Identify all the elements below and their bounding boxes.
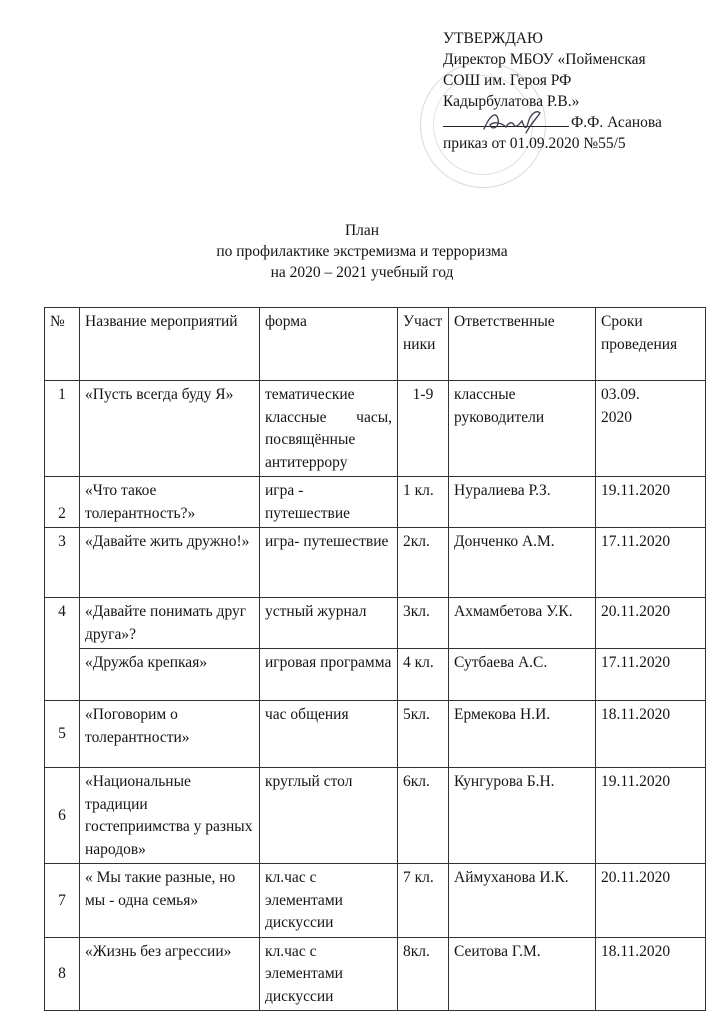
- header-num: №: [45, 308, 80, 381]
- row-participants: 8кл.: [398, 937, 449, 1011]
- title-subject: по профилактике экстремизма и терроризма: [0, 241, 724, 262]
- row-dates: 20.11.2020: [596, 864, 706, 938]
- table-row: 5 «Поговорим о толерантности» час общени…: [45, 701, 706, 768]
- row-responsible: Аймуханова И.К.: [449, 864, 596, 938]
- row-name: «Давайте понимать друг друга»?: [80, 598, 260, 649]
- approval-order: приказ от 01.09.2020 №55/5: [443, 133, 662, 154]
- row-name: «Национальные традиции гостеприимства у …: [80, 768, 260, 864]
- row-responsible: Сутбаева А.С.: [449, 649, 596, 701]
- header-dates: Сроки проведения: [596, 308, 706, 381]
- row-num: 1: [45, 381, 80, 477]
- row-dates: 18.11.2020: [596, 701, 706, 768]
- row-responsible: Ермекова Н.И.: [449, 701, 596, 768]
- table-row: 7 « Мы такие разные, но мы - одна семья»…: [45, 864, 706, 938]
- header-participants: Участники: [398, 308, 449, 381]
- approval-block: УТВЕРЖДАЮ Директор МБОУ «Пойменская СОШ …: [443, 28, 662, 154]
- approval-school-name: Кадырбулатова Р.В.»: [443, 91, 662, 112]
- title-year: на 2020 – 2021 учебный год: [0, 262, 724, 283]
- approval-signature-line: Ф.Ф. Асанова: [443, 112, 662, 133]
- table-row: 6 «Национальные традиции гостеприимства …: [45, 768, 706, 864]
- row-participants: 4 кл.: [398, 649, 449, 701]
- row-num: 8: [45, 937, 80, 1011]
- title-heading: План: [0, 220, 724, 241]
- row-dates: 17.11.2020: [596, 528, 706, 598]
- row-name: «Что такое толерантность?»: [80, 477, 260, 528]
- row-responsible: Нуралиева Р.З.: [449, 477, 596, 528]
- row-responsible: Сеитова Г.М.: [449, 937, 596, 1011]
- row-name: «Пусть всегда буду Я»: [80, 381, 260, 477]
- row-num: 2: [45, 477, 80, 528]
- table-header-row: № Название мероприятий форма Участники О…: [45, 308, 706, 381]
- row-participants: 5кл.: [398, 701, 449, 768]
- row-num: 5: [45, 701, 80, 768]
- row-dates: 20.11.2020: [596, 598, 706, 649]
- row-dates: 19.11.2020: [596, 477, 706, 528]
- approval-heading: УТВЕРЖДАЮ: [443, 28, 662, 49]
- table-row: 3 «Давайте жить дружно!» игра- путешеств…: [45, 528, 706, 598]
- table-row: «Дружба крепкая» игровая программа 4 кл.…: [45, 649, 706, 701]
- row-name: « Мы такие разные, но мы - одна семья»: [80, 864, 260, 938]
- header-name: Название мероприятий: [80, 308, 260, 381]
- row-form: круглый стол: [260, 768, 398, 864]
- row-form: игра- путешествие: [260, 528, 398, 598]
- row-num: 7: [45, 864, 80, 938]
- approval-signatory: Ф.Ф. Асанова: [571, 114, 662, 131]
- plan-table: № Название мероприятий форма Участники О…: [44, 307, 706, 1011]
- row-responsible: классные руководители: [449, 381, 596, 477]
- document-title: План по профилактике экстремизма и терро…: [0, 220, 724, 283]
- row-num: 4: [45, 598, 80, 701]
- row-participants: 1-9: [398, 381, 449, 477]
- row-name: «Давайте жить дружно!»: [80, 528, 260, 598]
- row-responsible: Донченко А.М.: [449, 528, 596, 598]
- row-form: игровая программа: [260, 649, 398, 701]
- header-responsible: Ответственные: [449, 308, 596, 381]
- handwritten-signature-icon: [480, 105, 550, 135]
- row-form: кл.час с элементами дискуссии: [260, 937, 398, 1011]
- header-form: форма: [260, 308, 398, 381]
- row-form: устный журнал: [260, 598, 398, 649]
- approval-school: СОШ им. Героя РФ: [443, 70, 662, 91]
- row-participants: 7 кл.: [398, 864, 449, 938]
- row-name: «Дружба крепкая»: [80, 649, 260, 701]
- row-dates: 19.11.2020: [596, 768, 706, 864]
- row-num: 6: [45, 768, 80, 864]
- row-responsible: Кунгурова Б.Н.: [449, 768, 596, 864]
- row-name: «Жизнь без агрессии»: [80, 937, 260, 1011]
- row-num: 3: [45, 528, 80, 598]
- row-form: кл.час с элементами дискуссии: [260, 864, 398, 938]
- row-dates: 17.11.2020: [596, 649, 706, 701]
- table-row: 1 «Пусть всегда буду Я» тематические кла…: [45, 381, 706, 477]
- row-dates: 18.11.2020: [596, 937, 706, 1011]
- row-form: игра - путешествие: [260, 477, 398, 528]
- table-row: 2 «Что такое толерантность?» игра - путе…: [45, 477, 706, 528]
- row-dates: 03.09. 2020: [596, 381, 706, 477]
- table-row: 8 «Жизнь без агрессии» кл.час с элемента…: [45, 937, 706, 1011]
- approval-director: Директор МБОУ «Пойменская: [443, 49, 662, 70]
- row-participants: 2кл.: [398, 528, 449, 598]
- row-participants: 3кл.: [398, 598, 449, 649]
- row-participants: 6кл.: [398, 768, 449, 864]
- row-participants: 1 кл.: [398, 477, 449, 528]
- table-row: 4 «Давайте понимать друг друга»? устный …: [45, 598, 706, 649]
- row-responsible: Ахмамбетова У.К.: [449, 598, 596, 649]
- row-form: тематические классные часы, посвящённые …: [260, 381, 398, 477]
- row-name: «Поговорим о толерантности»: [80, 701, 260, 768]
- row-form: час общения: [260, 701, 398, 768]
